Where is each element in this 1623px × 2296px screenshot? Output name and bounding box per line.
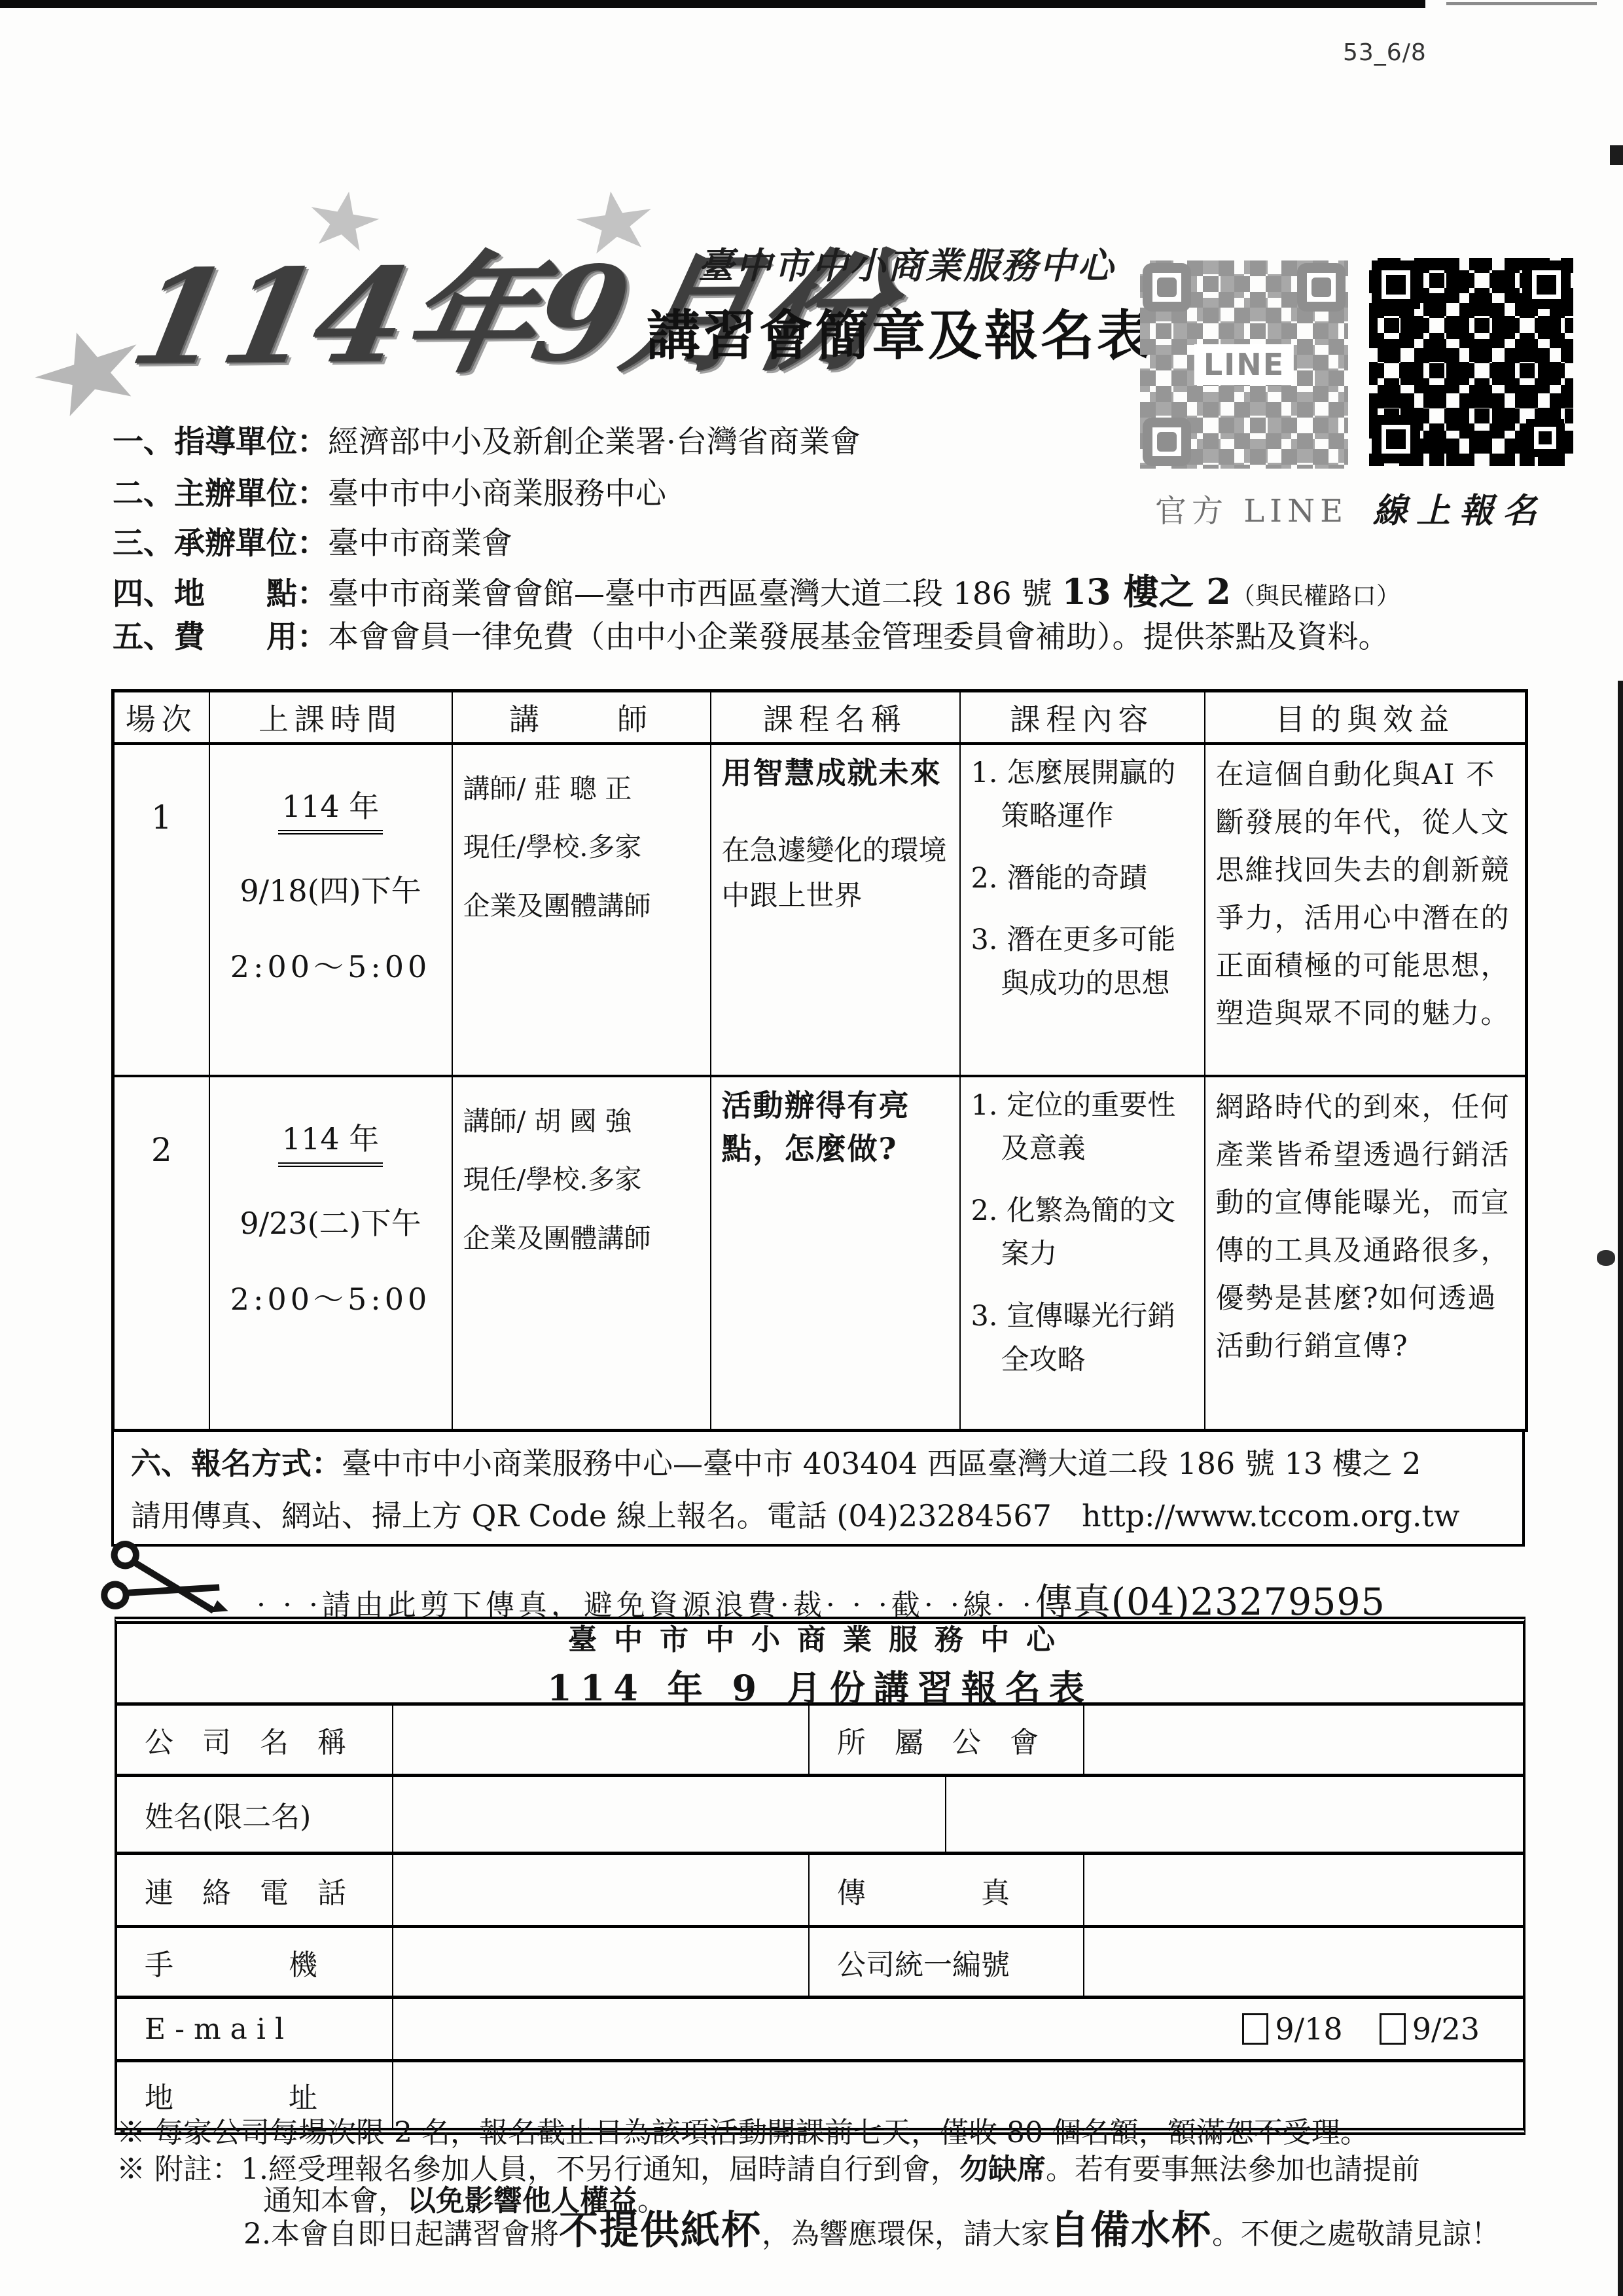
qr-finder-icon <box>1143 418 1191 466</box>
company-name-label: 公 司 名 稱 <box>117 1706 392 1774</box>
session1-checkbox <box>1242 2013 1268 2045</box>
form-row-company: 公 司 名 稱 所 屬 公 會 <box>117 1702 1523 1774</box>
phone-field <box>392 1855 808 1925</box>
footnote-text: 。若有要事無法參加也請提前 <box>1046 2153 1420 2186</box>
union-label: 所 屬 公 會 <box>808 1706 1083 1774</box>
lecturer-position: 現任/學校.多家 <box>463 827 700 869</box>
form-title: 臺中市中小商業服務中心 114 年 9 月份講習報名表 <box>117 1624 1523 1702</box>
content-item: 2. 化繁為簡的文案力 <box>971 1189 1194 1276</box>
signup-line-2: 請用傳真、網站、掃上方 QR Code 線上報名。電話 (04)23284567… <box>131 1492 1505 1535</box>
name-field-1 <box>392 1777 945 1852</box>
info-value: 臺中市商業會 <box>328 526 512 562</box>
names-label: 姓名(限二名) <box>117 1777 392 1852</box>
name-field-2 <box>945 1777 1525 1852</box>
class-hours: 2:00～5:00 <box>230 1276 431 1319</box>
form-row-names: 姓名(限二名) <box>117 1774 1523 1852</box>
schedule-header-row: 場次 上課時間 講 師 課程名稱 課程內容 目的與效益 <box>113 691 1527 744</box>
signup-method-box: 六、報名方式：臺中市中小商業服務中心—臺中市 403404 西區臺灣大道二段 1… <box>111 1429 1525 1547</box>
lecturer-name: 講師/ 胡 國 強 <box>463 1101 700 1143</box>
mobile-label: 手 機 <box>117 1928 392 1996</box>
session2-checkbox <box>1380 2013 1406 2045</box>
signup-address: 臺中市中小商業服務中心—臺中市 403404 西區臺灣大道二段 186 號 13… <box>342 1446 1421 1481</box>
header-course-content: 課程內容 <box>960 691 1205 744</box>
signup-label: 六、報名方式： <box>131 1446 342 1481</box>
class-date: 9/18(四)下午 <box>240 867 421 910</box>
header-class-time: 上課時間 <box>209 691 452 744</box>
email-field: 9/18 9/23 <box>392 1999 1525 2059</box>
qr-label-online-signup: 線上報名 <box>1373 483 1546 532</box>
union-field <box>1083 1706 1525 1774</box>
class-hours: 2:00～5:00 <box>230 943 431 986</box>
qr-finder-icon <box>1143 263 1191 312</box>
lecturer-position2: 企業及團體講師 <box>463 886 700 927</box>
header-course-name: 課程名稱 <box>711 691 960 744</box>
email-label: E - m a i l <box>117 1999 392 2059</box>
info-line-location: 四、地 點：臺中市商業會會館—臺中市西區臺灣大道二段 186 號 13 樓之 2… <box>113 571 1400 613</box>
scan-artifact-top-bar <box>0 0 1425 8</box>
form-title-month: 114 年 9 月份講習報名表 <box>547 1660 1093 1711</box>
content-item: 2. 潛能的奇蹟 <box>971 857 1194 901</box>
session1-checkbox-label: 9/18 <box>1275 2011 1342 2047</box>
scanned-seminar-flyer: 53_6/8 114年9月份 臺中市中小商業服務中心 講習會簡章及報名表 LIN… <box>0 0 1623 2296</box>
form-row-email: E - m a i l 9/18 9/23 <box>117 1996 1523 2059</box>
info-label: 三、承辦單位： <box>113 526 328 562</box>
fax-label: 傳 真 <box>808 1855 1083 1925</box>
class-year: 114 年 <box>278 783 383 834</box>
form-title-org: 臺中市中小商業服務中心 <box>568 1616 1072 1658</box>
session1-checkbox-group: 9/18 <box>1242 2011 1342 2047</box>
info-label: 四、地 點： <box>113 576 328 612</box>
scan-artifact-right-edge <box>1618 681 1623 2296</box>
schedule-row-2: 2 114 年 9/23(二)下午 2:00～5:00 講師/ 胡 國 強 現任… <box>113 1076 1527 1431</box>
document-title: 講習會簡章及報名表 <box>647 293 1153 370</box>
footnote-quota: ※ 每家公司每場次限 2 名，報名截止日為該項活動開課前七天，僅收 80 個名額… <box>116 2109 1369 2151</box>
course-name-cell: 活動辦得有亮點，怎麼做? <box>711 1076 960 1431</box>
class-time-stack: 114 年 9/23(二)下午 2:00～5:00 <box>221 1084 441 1319</box>
footnote-bold-no-absence: 勿缺席 <box>959 2153 1046 2186</box>
lecturer-cell: 講師/ 莊 聰 正 現任/學校.多家 企業及團體講師 <box>452 744 711 1076</box>
class-time-cell: 114 年 9/23(二)下午 2:00～5:00 <box>209 1076 452 1431</box>
class-year: 114 年 <box>278 1115 383 1167</box>
lecturer-cell: 講師/ 胡 國 強 現任/學校.多家 企業及團體講師 <box>452 1076 711 1431</box>
purpose-cell: 在這個自動化與AI 不斷發展的年代，從人文思維找回失去的創新競爭力，活用心中潛在… <box>1205 744 1527 1076</box>
qr-label-official-line: 官方 LINE <box>1155 486 1348 531</box>
footnote-big-no-cups: 不提供紙杯 <box>559 2208 762 2253</box>
qr-finder-icon <box>1522 260 1571 309</box>
header-purpose-benefit: 目的與效益 <box>1205 691 1527 744</box>
form-row-phone: 連 絡 電 話 傳 真 <box>117 1852 1523 1925</box>
tax-id-field <box>1083 1928 1525 1996</box>
info-label: 一、指導單位： <box>113 424 328 460</box>
footnote-text: ，為響應環保，請大家 <box>762 2217 1050 2251</box>
content-item: 1. 定位的重要性及意義 <box>971 1084 1194 1171</box>
registration-form: 臺中市中小商業服務中心 114 年 9 月份講習報名表 公 司 名 稱 所 屬 … <box>115 1617 1525 2135</box>
info-line-advisor: 一、指導單位：經濟部中小及新創企業署·台灣省商業會 <box>113 424 861 461</box>
session-number-cell: 2 <box>113 1076 209 1431</box>
course-title: 活動辦得有亮點，怎麼做? <box>722 1084 949 1171</box>
qr-finder-icon <box>1297 263 1346 312</box>
info-value: 臺中市商業會會館—臺中市西區臺灣大道二段 186 號 <box>328 576 1062 612</box>
content-item: 1. 怎麼展開贏的策略運作 <box>971 751 1194 838</box>
course-content-cell: 1. 怎麼展開贏的策略運作 2. 潛能的奇蹟 3. 潛在更多可能與成功的思想 <box>960 744 1205 1076</box>
info-value: 臺中市中小商業服務中心 <box>328 476 666 512</box>
course-content-cell: 1. 定位的重要性及意義 2. 化繁為簡的文案力 3. 宣傳曝光行銷全攻略 <box>960 1076 1205 1431</box>
class-time-stack: 114 年 9/18(四)下午 2:00～5:00 <box>221 751 441 986</box>
purpose-cell: 網路時代的到來，任何產業皆希望透過行銷活動的宣傳能曝光，而宣傳的工具及通路很多，… <box>1205 1076 1527 1431</box>
header-session: 場次 <box>113 691 209 744</box>
info-line-coorganizer: 三、承辦單位：臺中市商業會 <box>113 526 512 562</box>
lecturer-position: 現任/學校.多家 <box>463 1159 700 1201</box>
qr-finder-icon <box>1372 415 1420 463</box>
qr-finder-icon <box>1372 260 1420 309</box>
scan-artifact-top-right <box>1610 145 1623 165</box>
class-time-cell: 114 年 9/18(四)下午 2:00～5:00 <box>209 744 452 1076</box>
tax-id-label: 公司統一編號 <box>808 1928 1083 1996</box>
page-number: 53_6/8 <box>1343 39 1427 66</box>
info-value: 經濟部中小及新創企業署·台灣省商業會 <box>328 424 861 460</box>
scan-artifact-top-bar-right <box>1446 2 1597 5</box>
location-note: （與民權路口） <box>1231 582 1400 610</box>
fax-field <box>1083 1855 1525 1925</box>
lecturer-position2: 企業及團體講師 <box>463 1218 700 1260</box>
session2-checkbox-group: 9/23 <box>1380 2011 1480 2047</box>
content-item: 3. 潛在更多可能與成功的思想 <box>971 918 1194 1005</box>
lecturer-name: 講師/ 莊 聰 正 <box>463 768 700 810</box>
company-name-field <box>392 1706 808 1774</box>
info-line-organizer: 二、主辦單位：臺中市中小商業服務中心 <box>113 476 666 512</box>
session-number: 2 <box>151 1131 172 1169</box>
phone-label: 連 絡 電 話 <box>117 1855 392 1925</box>
footnote-no-paper-cups: 2.本會自即日起講習會將不提供紙杯，為響應環保，請大家自備水杯。不便之處敬請見諒… <box>243 2199 1500 2255</box>
location-floor-bold: 13 樓之 2 <box>1062 571 1231 613</box>
class-date: 9/23(二)下午 <box>240 1200 421 1243</box>
organization-name: 臺中市中小商業服務中心 <box>695 237 1126 289</box>
footnote-big-bring-bottle: 自備水杯 <box>1050 2208 1212 2253</box>
line-qr-code: LINE <box>1140 260 1348 469</box>
course-subtitle: 在急遽變化的環境中跟上世界 <box>722 829 949 919</box>
footnote-text: 。不便之處敬請見諒！ <box>1212 2217 1500 2251</box>
session-number-cell: 1 <box>113 744 209 1076</box>
cut-here-line: · · ·請由此剪下傳真，避免資源浪費·裁· · ·截· ·線· ·傳真(04)… <box>111 1563 1551 1622</box>
qr-alignment-icon <box>1526 419 1564 457</box>
signup-qr-code <box>1369 258 1573 466</box>
mobile-field <box>392 1928 808 1996</box>
course-name-cell: 用智慧成就未來 在急遽變化的環境中跟上世界 <box>711 744 960 1076</box>
schedule-row-1: 1 114 年 9/18(四)下午 2:00～5:00 講師/ 莊 聰 正 現任… <box>113 744 1527 1076</box>
seminar-schedule-table: 場次 上課時間 講 師 課程名稱 課程內容 目的與效益 1 114 年 9/18… <box>111 689 1528 1432</box>
session-number: 1 <box>151 798 172 836</box>
info-label: 二、主辦單位： <box>113 476 328 512</box>
header-lecturer: 講 師 <box>452 691 711 744</box>
signup-line-1: 六、報名方式：臺中市中小商業服務中心—臺中市 403404 西區臺灣大道二段 1… <box>131 1440 1505 1483</box>
info-value: 本會會員一律免費（由中小企業發展基金管理委員會補助）。提供茶點及資料。 <box>328 619 1389 655</box>
footnote-text: 2.本會自即日起講習會將 <box>243 2217 559 2251</box>
session2-checkbox-label: 9/23 <box>1412 2011 1480 2047</box>
content-item: 3. 宣傳曝光行銷全攻略 <box>971 1295 1194 1382</box>
form-row-mobile: 手 機 公司統一編號 <box>117 1925 1523 1996</box>
info-line-fee: 五、費 用：本會會員一律免費（由中小企業發展基金管理委員會補助）。提供茶點及資料… <box>113 619 1389 656</box>
info-label: 五、費 用： <box>113 619 328 655</box>
scan-artifact-right-blob <box>1597 1250 1615 1266</box>
line-logo-text: LINE <box>1194 344 1294 385</box>
course-title: 用智慧成就未來 <box>722 751 949 795</box>
